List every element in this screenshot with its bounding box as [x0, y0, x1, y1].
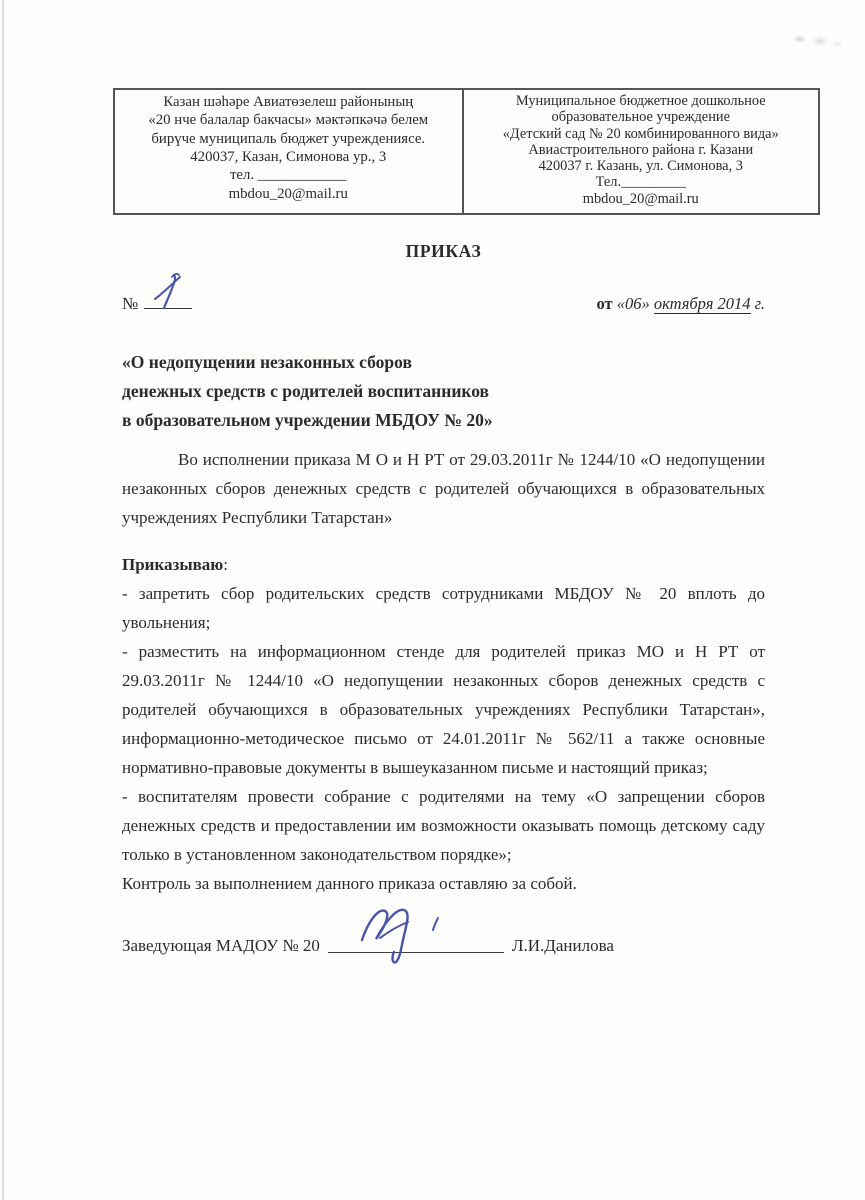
letterhead-tatar-cell: Казан шәһәре Авиатөзелеш районының «20 н… [114, 89, 463, 214]
letterhead-line: Авиастроительного района г. Казани [474, 142, 808, 158]
signatory-name: Л.И.Данилова [512, 936, 614, 956]
handwritten-order-number [152, 272, 186, 310]
signature-row: Заведующая МАДОУ № 20 Л.И.Данилова [122, 936, 765, 956]
letterhead-line: образовательное учреждение [474, 109, 808, 125]
subject-line: «О недопущении незаконных сборов [122, 348, 765, 377]
scan-smudge [788, 30, 846, 50]
subject-line: в образовательном учреждении МБДОУ № 20» [122, 406, 765, 435]
order-item-1: - запретить сбор родительских средств со… [122, 579, 765, 637]
date-day: «06» [617, 294, 650, 313]
date-from-label: от [596, 294, 612, 313]
order-item-3: - воспитателям провести собрание с родит… [122, 782, 765, 869]
order-number-label: № [122, 294, 138, 313]
letterhead-row: Казан шәһәре Авиатөзелеш районының «20 н… [114, 89, 819, 214]
letterhead-line: «20 нче балалар бакчасы» мәктәпкәчә беле… [125, 111, 452, 129]
command-line: Приказываю: [122, 550, 765, 579]
letterhead-line: «Детский сад № 20 комбинированного вида» [474, 126, 808, 142]
subject-line: денежных средств с родителей воспитанник… [122, 377, 765, 406]
letterhead-line: 420037, Казан, Симонова ур., 3 [125, 148, 452, 166]
letterhead-email: mbdou_20@mail.ru [474, 191, 808, 207]
order-date: от «06» октября 2014 г. [596, 294, 765, 314]
letterhead-table: Казан шәһәре Авиатөзелеш районының «20 н… [113, 88, 820, 215]
scanned-order-document: Казан шәһәре Авиатөзелеш районының «20 н… [0, 0, 865, 1200]
document-content: Казан шәһәре Авиатөзелеш районының «20 н… [122, 88, 765, 956]
letterhead-line: Тел._________ [474, 174, 808, 190]
order-preamble: Во исполнении приказа М О и Н РТ от 29.0… [122, 445, 765, 532]
order-number-block: № [122, 294, 192, 314]
letterhead-email: mbdou_20@mail.ru [125, 185, 452, 203]
order-item-2: - разместить на информационном стенде дл… [122, 637, 765, 782]
number-date-row: № от «06» октября 2014 г. [122, 280, 765, 314]
command-colon: : [223, 555, 228, 574]
letterhead-line: Муниципальное бюджетное дошкольное [474, 93, 808, 109]
document-title: ПРИКАЗ [122, 241, 765, 262]
date-suffix: г. [755, 294, 765, 313]
scan-edge-artifact [2, 0, 4, 1200]
letterhead-line: тел. ____________ [125, 166, 452, 184]
signature-underline [328, 948, 504, 953]
command-word: Приказываю [122, 555, 223, 574]
signatory-role: Заведующая МАДОУ № 20 [122, 936, 320, 956]
order-item-control: Контроль за выполнением данного приказа … [122, 869, 765, 898]
letterhead-line: бирүче муниципаль бюджет учреждениясе. [125, 130, 452, 148]
letterhead-line: 420037 г. Казань, ул. Симонова, 3 [474, 158, 808, 174]
order-number-underline [144, 304, 192, 309]
order-subject: «О недопущении незаконных сборов денежны… [122, 348, 765, 435]
letterhead-russian-cell: Муниципальное бюджетное дошкольное образ… [463, 89, 819, 214]
date-month-year: октября 2014 [654, 294, 751, 314]
signature-scribble [354, 902, 474, 966]
letterhead-line: Казан шәһәре Авиатөзелеш районының [125, 93, 452, 111]
